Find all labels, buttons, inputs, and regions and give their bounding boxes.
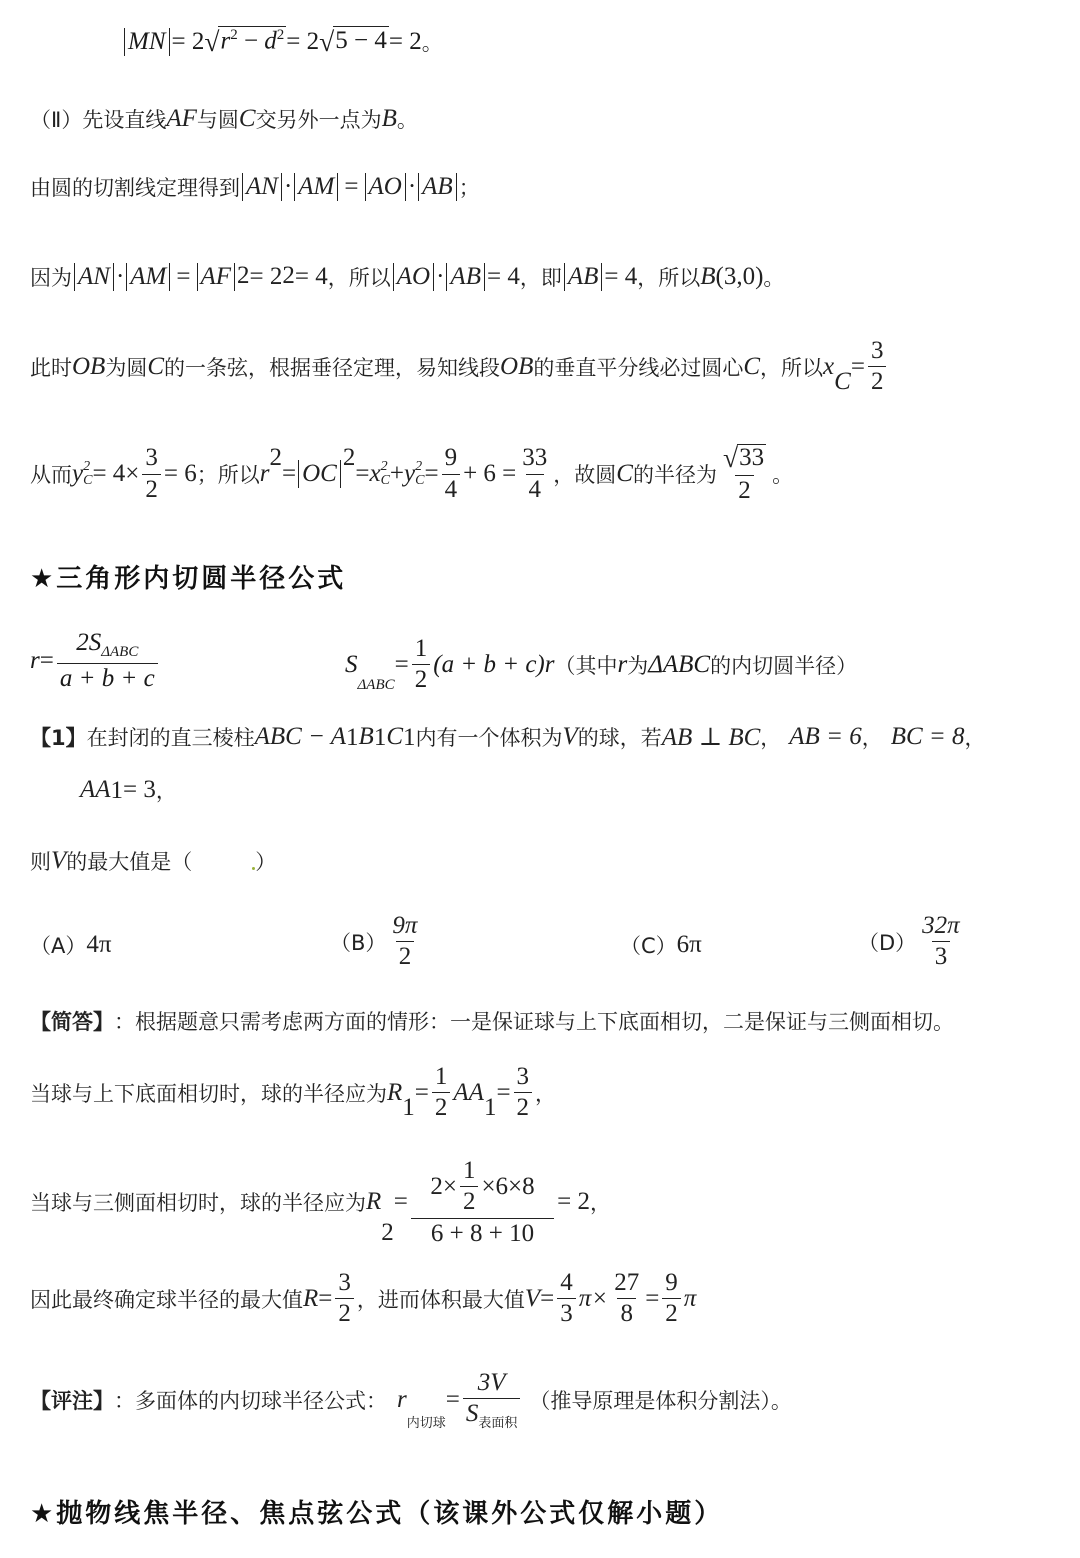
numerator: 3 — [868, 338, 887, 366]
radical-sign: √ — [319, 26, 334, 58]
text: = 6 — [164, 460, 197, 488]
var: ABC − A — [255, 723, 346, 751]
text: 由圆的切割线定理得到 — [30, 172, 240, 202]
text: 在封闭的直三棱柱 — [87, 722, 255, 752]
fraction: 94 — [442, 445, 461, 503]
sub: 内切球 — [407, 1412, 446, 1431]
eq: = — [851, 353, 865, 381]
text: 内有一个体积为 — [416, 722, 563, 752]
incircle-formula-area: SΔABC = 12 (a + b + c)r （其中 r 为 ΔABC 的内切… — [345, 636, 857, 694]
text: = 2 — [172, 28, 205, 56]
denominator: 2 — [735, 475, 754, 504]
coords: (3,0) — [716, 263, 764, 291]
text: 因此最终确定球半径的最大值 — [30, 1284, 303, 1314]
fraction: 32π3 — [919, 913, 963, 971]
text: ，即 — [520, 262, 562, 292]
sub: 1 — [403, 724, 416, 752]
text: = 2 — [557, 1188, 590, 1216]
eq: = — [355, 460, 369, 488]
var: y — [404, 460, 415, 488]
text: = 4 — [295, 263, 328, 291]
fraction: 43 — [557, 1270, 576, 1328]
option-label: （D） — [858, 927, 916, 957]
sup: 2 — [83, 460, 92, 474]
abs-mn: MN — [124, 28, 170, 56]
numerator: 27 — [611, 1270, 642, 1298]
sqrt-expression: √ 5 − 4 — [319, 26, 389, 58]
denominator: 2 — [432, 1092, 451, 1121]
abs-ab: AB — [446, 263, 485, 291]
denominator: 8 — [617, 1298, 636, 1327]
text: 此时 — [30, 352, 72, 382]
answer-summary: 【简答】 ：根据题意只需考虑两方面的情形：一是保证球与上下底面相切，二是保证与三… — [30, 1006, 954, 1036]
var: AA — [80, 776, 111, 804]
exp: 2 — [277, 27, 285, 43]
text: ， — [965, 722, 986, 752]
fraction: 2SΔABC a + b + c — [57, 630, 158, 692]
sub: 1 — [374, 724, 387, 752]
var: x — [823, 353, 834, 381]
sup: 2 — [381, 460, 390, 474]
remark-label: 【评注】 — [30, 1385, 114, 1415]
numerator: 1 — [412, 636, 431, 664]
fraction: 32 — [514, 1064, 533, 1122]
sup-sub: 2C — [415, 460, 424, 488]
var: V — [563, 723, 578, 751]
var: C — [616, 460, 633, 488]
var: R — [387, 1079, 402, 1107]
option-d: （D） 32π3 — [858, 913, 966, 971]
text: 的最大值是（ — [66, 846, 192, 876]
text: ，进而体积最大值 — [357, 1284, 525, 1314]
sub: C — [415, 474, 424, 488]
numerator: 1 — [432, 1064, 451, 1092]
numerator: 4 — [557, 1270, 576, 1298]
denominator: 4 — [526, 474, 545, 503]
fraction: 3V S表面积 — [463, 1370, 521, 1431]
fraction: 9π2 — [389, 913, 420, 971]
option-c: （C） 6π — [620, 930, 702, 960]
text: （Ⅱ）先设直线 — [30, 104, 166, 134]
text: 则 — [30, 846, 51, 876]
sub: ΔABC — [101, 644, 138, 660]
dot: · — [436, 263, 444, 291]
var: V — [51, 847, 66, 875]
text: 。 — [422, 27, 443, 57]
because-line: 因为 AN · AM = AF2 = 22 = 4 ，所以 AO · AB = … — [30, 262, 784, 292]
var: OB — [500, 353, 533, 381]
radius-line: 从而 y 2C = 4× 32 = 6 ；所以 r2 = OC2 = x 2C … — [30, 444, 793, 504]
fraction: 12 — [432, 1064, 451, 1122]
denominator: 3 — [932, 941, 951, 970]
text: 的半径为 — [633, 459, 717, 489]
eq: = — [176, 263, 190, 291]
text: 为 — [627, 650, 648, 680]
denominator: 2 — [396, 941, 415, 970]
exp: 2 — [230, 27, 238, 43]
text: = 2 — [250, 263, 283, 291]
fraction: 3 2 — [868, 338, 887, 396]
radicand: 33 — [737, 444, 766, 473]
sub: 表面积 — [478, 1416, 517, 1431]
eq: = — [415, 1079, 429, 1107]
minus: − — [238, 27, 265, 54]
option-label: （A） — [30, 930, 86, 960]
dot: · — [116, 263, 124, 291]
var: C — [386, 723, 403, 751]
mn-length-equation: MN = 2 √ r2 − d2 = 2 √ 5 − 4 = 2 。 — [122, 26, 443, 58]
var: AB ⊥ BC — [662, 722, 761, 752]
var: AF — [166, 105, 197, 133]
var: C — [743, 353, 760, 381]
text: 当球与三侧面相切时，球的半径应为 — [30, 1187, 366, 1217]
text: = 4 — [487, 263, 520, 291]
sub: ΔABC — [358, 677, 395, 694]
denominator: 2 — [662, 1298, 681, 1327]
exp: 2 — [282, 262, 295, 290]
text: ，所以 — [760, 352, 823, 382]
fraction: 32 — [142, 445, 161, 503]
incircle-formula-r: r = 2SΔABC a + b + c — [30, 630, 161, 692]
numerator: 3V — [464, 1370, 520, 1398]
radical-sign: √ — [723, 444, 738, 473]
text: ；所以 — [197, 459, 260, 489]
dot: · — [284, 173, 292, 201]
var: C — [147, 353, 164, 381]
var: r — [30, 647, 40, 675]
text: 的垂直平分线必过圆心 — [533, 352, 743, 382]
sup: 2 — [270, 444, 283, 472]
chord-line: 此时 OB 为圆 C 的一条弦，根据垂径定理，易知线段 OB 的垂直平分线必过圆… — [30, 338, 889, 396]
text: = 4× — [92, 460, 139, 488]
eq: = — [446, 1386, 460, 1414]
text: ， — [535, 1078, 556, 1108]
text: 与圆 — [197, 104, 239, 134]
sub: C — [834, 368, 851, 396]
abs-am: AM — [126, 263, 170, 291]
exp: 2 — [237, 262, 250, 290]
denominator: 6 + 8 + 10 — [411, 1218, 554, 1247]
eq: = — [40, 647, 54, 675]
remark: 【评注】 ：多面体的内切球半径公式： r内切球 = 3V S表面积 （推导原理是… — [30, 1370, 792, 1431]
sub: C — [83, 474, 92, 488]
option-b: （B） 9π2 — [330, 913, 423, 971]
eq: = — [395, 651, 409, 679]
text: ； — [459, 172, 480, 202]
sub: 1 — [346, 724, 359, 752]
answer-case-1: 当球与上下底面相切时，球的半径应为 R1 = 12 AA1 = 32 ， — [30, 1064, 556, 1122]
problem-1-statement: 【1】 在封闭的直三棱柱 ABC − A1B1C1 内有一个体积为 V 的球，若… — [30, 722, 986, 752]
abs-ab: AB — [564, 263, 603, 291]
var: B — [359, 723, 374, 751]
text: ：根据题意只需考虑两方面的情形：一是保证球与上下底面相切，二是保证与三侧面相切。 — [114, 1006, 954, 1036]
numerator: 2SΔABC — [73, 630, 141, 663]
text: 。 — [397, 104, 418, 134]
var: C — [239, 105, 256, 133]
text: 2× — [430, 1174, 457, 1200]
option-value: 4π — [86, 931, 111, 959]
fraction: 2× 12 ×6×8 6 + 8 + 10 — [411, 1158, 554, 1247]
sup: 2 — [415, 460, 424, 474]
answer-conclusion: 因此最终确定球半径的最大值 R = 32 ，进而体积最大值 V = 43 π× … — [30, 1270, 696, 1328]
var-r: r — [220, 27, 230, 54]
radical-sign: √ — [204, 26, 219, 58]
denominator: 4 — [442, 474, 461, 503]
denominator: 2 — [514, 1092, 533, 1121]
eq: = — [496, 1079, 510, 1107]
var: V — [525, 1285, 540, 1313]
eq: = — [282, 460, 296, 488]
var: BC = 8 — [891, 723, 965, 751]
text: ， — [862, 722, 883, 752]
part2-intro: （Ⅱ）先设直线 AF 与圆 C 交另外一点为 B 。 — [30, 104, 418, 134]
var-d: d — [264, 27, 277, 54]
sub: 1 — [111, 777, 124, 805]
sub: 1 — [402, 1094, 415, 1122]
sqrt-expression: √33 — [720, 444, 769, 475]
numerator: 9 — [442, 445, 461, 473]
sqrt-expression: √ r2 − d2 — [204, 26, 286, 58]
var: r — [397, 1386, 407, 1414]
text: 因为 — [30, 262, 72, 292]
var: B — [382, 105, 397, 133]
answer-case-2: 当球与三侧面相切时，球的半径应为 R2 = 2× 12 ×6×8 6 + 8 +… — [30, 1158, 611, 1247]
text: ， — [156, 775, 177, 805]
text: 。 — [772, 459, 793, 489]
text: 为圆 — [105, 352, 147, 382]
sub: 1 — [484, 1094, 497, 1122]
problem-1-question: 则 V 的最大值是（ ） — [30, 846, 276, 876]
text: ， — [760, 722, 781, 752]
section-heading-incircle: ★三角形内切圆半径公式 — [30, 558, 346, 595]
text: ：多面体的内切球半径公式： — [114, 1385, 387, 1415]
eq: = — [645, 1285, 659, 1313]
text: = 2 — [389, 28, 422, 56]
text: 2S — [76, 629, 101, 656]
sup: 2 — [343, 444, 356, 472]
option-label: （C） — [620, 930, 677, 960]
eq: = — [424, 460, 438, 488]
denominator: S表面积 — [463, 1398, 521, 1431]
var: AA — [453, 1079, 484, 1107]
text: 的内切圆半径） — [710, 650, 857, 680]
denominator: 2 — [460, 1186, 479, 1215]
text: ×6×8 — [481, 1174, 534, 1200]
abs-ab: AB — [418, 173, 457, 201]
problem-label: 【1】 — [30, 722, 87, 752]
answer-label: 【简答】 — [30, 1006, 114, 1036]
numerator: 3 — [335, 1270, 354, 1298]
text: （其中 — [554, 650, 617, 680]
abs-an: AN — [242, 173, 282, 201]
text: 。 — [763, 262, 784, 292]
text: + 6 = — [463, 460, 516, 488]
text: π — [684, 1285, 697, 1313]
fraction: 278 — [611, 1270, 642, 1328]
var: R — [303, 1285, 318, 1313]
var: r — [617, 651, 627, 679]
text: 交另外一点为 — [256, 104, 382, 134]
option-value: 6π — [677, 931, 702, 959]
numerator: 32π — [919, 913, 963, 941]
text: ） — [255, 846, 276, 876]
var: x — [369, 460, 380, 488]
fraction: √33 2 — [720, 444, 769, 504]
option-label: （B） — [330, 927, 386, 957]
denominator: 3 — [557, 1298, 576, 1327]
sub: 2 — [381, 1219, 394, 1247]
var: R — [366, 1188, 381, 1216]
dot: · — [408, 173, 416, 201]
sup-sub: 2C — [381, 460, 390, 488]
text: （推导原理是体积分割法）。 — [529, 1385, 792, 1415]
text: = 4 — [604, 263, 637, 291]
var: r — [260, 460, 270, 488]
var: OB — [72, 353, 105, 381]
eq: = — [344, 173, 358, 201]
text: ，故圆 — [553, 459, 616, 489]
sub: C — [381, 474, 390, 488]
fraction: 334 — [519, 445, 550, 503]
section-heading-parabola: ★抛物线焦半径、焦点弦公式（该课外公式仅解小题） — [30, 1493, 723, 1530]
fraction: 12 — [412, 636, 431, 694]
eq: = — [540, 1285, 554, 1313]
var: ΔABC — [648, 651, 710, 679]
denominator: 2 — [868, 366, 887, 395]
numerator: 1 — [460, 1158, 479, 1186]
text: 的一条弦，根据垂径定理，易知线段 — [164, 352, 500, 382]
text: 的球，若 — [578, 722, 662, 752]
text: ，所以 — [637, 262, 700, 292]
abs-an: AN — [74, 263, 114, 291]
text: = 3 — [123, 776, 156, 804]
numerator: 9π — [389, 913, 420, 941]
var: y — [72, 460, 83, 488]
var: AB = 6 — [789, 723, 861, 751]
denominator: 2 — [412, 664, 431, 693]
abs-af: AF — [197, 263, 236, 291]
radicand: r2 − d2 — [218, 26, 286, 58]
text: = 2 — [286, 28, 319, 56]
secant-theorem-line: 由圆的切割线定理得到 AN · AM = AO · AB ； — [30, 172, 480, 202]
abs-ao: AO — [365, 173, 406, 201]
denominator: 2 — [335, 1298, 354, 1327]
problem-1-statement-cont: AA1 = 3 ， — [80, 775, 177, 805]
text: (a + b + c)r — [433, 651, 554, 679]
var: B — [700, 263, 715, 291]
text: 当球与上下底面相切时，球的半径应为 — [30, 1078, 387, 1108]
numerator: 3 — [142, 445, 161, 473]
abs-ao: AO — [393, 263, 434, 291]
abs-oc: OC — [298, 460, 341, 488]
eq: = — [394, 1188, 408, 1216]
var: S — [466, 1400, 479, 1427]
radicand: 5 − 4 — [333, 26, 389, 58]
denominator: a + b + c — [57, 663, 158, 692]
plus: + — [390, 460, 404, 488]
abs-am: AM — [294, 173, 338, 201]
eq: = — [318, 1285, 332, 1313]
numerator: 3 — [514, 1064, 533, 1092]
option-a: （A） 4π — [30, 930, 112, 960]
text: ， — [590, 1187, 611, 1217]
text: ，所以 — [328, 262, 391, 292]
denominator: 2 — [142, 474, 161, 503]
text: 从而 — [30, 459, 72, 489]
fraction: 32 — [335, 1270, 354, 1328]
numerator: 2× 12 ×6×8 — [427, 1158, 537, 1218]
fraction: 12 — [460, 1158, 479, 1216]
fraction: 92 — [662, 1270, 681, 1328]
numerator: 33 — [519, 445, 550, 473]
numerator: 9 — [662, 1270, 681, 1298]
text: π× — [579, 1285, 608, 1313]
sup-sub: 2C — [83, 460, 92, 488]
var: S — [345, 651, 358, 679]
